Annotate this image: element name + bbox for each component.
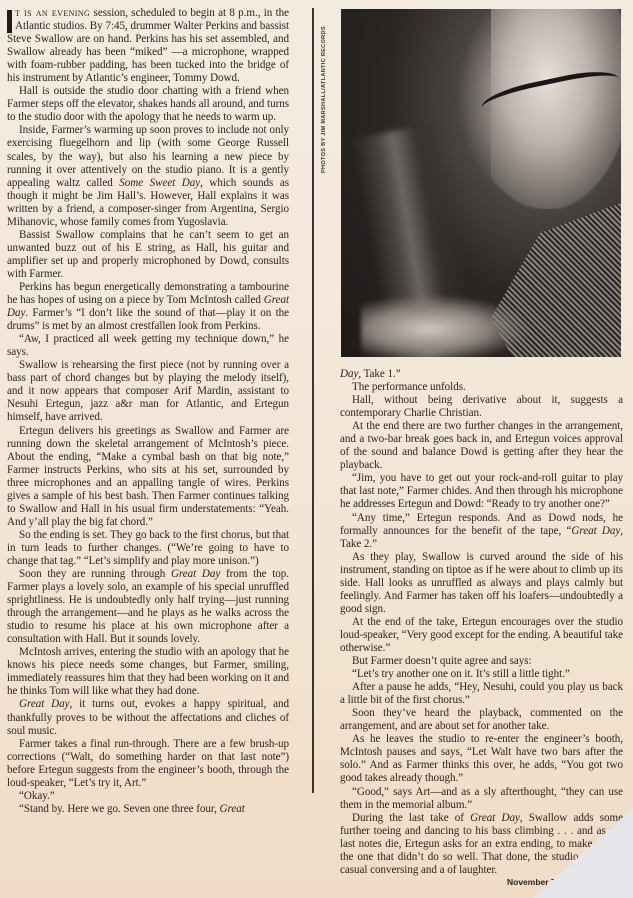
paragraph: At the end there are two further changes… [340,420,623,472]
opening-smallcaps: t is an evening [15,7,90,19]
song-title: Great Day [19,698,69,710]
paragraph: Ertegun delivers his greetings as Swallo… [7,425,289,529]
song-title: Great Day [571,525,620,537]
paragraph: “Let’s try another one on it. It’s still… [340,668,623,681]
paragraph: The performance unfolds. [340,381,623,394]
paragraph: As they play, Swallow is curved around t… [340,551,623,616]
paragraph: Perkins has begun energetically demonstr… [7,281,289,333]
paragraph: Soon they’ve heard the playback, comment… [340,707,623,733]
paragraph: “Okay.” [7,790,289,803]
paragraph: “Any time,” Ertegun responds. And as Dow… [340,512,623,551]
paragraph: Hall, without being derivative about it,… [340,394,623,420]
paragraph: Inside, Farmer’s warming up soon proves … [7,124,289,228]
paragraph: Swallow is rehearsing the first piece (n… [7,359,289,424]
photo-credit: PHOTOS BY JIM MARSHALL/ATLANTIC RECORDS [321,12,333,187]
song-title: Some Sweet Day [119,177,200,189]
song-title: Day [340,368,358,380]
torn-page-corner [533,808,633,898]
paragraph: “Jim, you have to get out your rock-and-… [340,472,623,511]
paragraph: McIntosh arrives, entering the studio wi… [7,646,289,698]
paragraph: Farmer takes a final run-through. There … [7,738,289,790]
hand [361,294,531,357]
paragraph: Day, Take 1.” [340,368,623,381]
paragraph: Great Day, it turns out, evokes a happy … [7,698,289,737]
paragraph: “Stand by. Here we go. Seven one three f… [7,803,289,816]
column-divider [312,8,314,793]
paragraph: At the end of the take, Ertegun encourag… [340,616,623,655]
drop-cap [7,10,12,33]
paragraph: As he leaves the studio to re-enter the … [340,733,623,785]
paragraph: So the ending is set. They go back to th… [7,529,289,568]
paragraph: “Aw, I practiced all week getting my tec… [7,333,289,359]
paragraph: But Farmer doesn’t quite agree and says: [340,655,623,668]
paragraph: Bassist Swallow complains that he can’t … [7,229,289,281]
paragraph: t is an evening session, scheduled to be… [7,7,289,85]
paragraph: Hall is outside the studio door chatting… [7,85,289,124]
article-column-left: t is an evening session, scheduled to be… [7,7,289,816]
paragraph: After a pause he adds, “Hey, Nesuhi, cou… [340,681,623,707]
song-title: Great [220,803,245,815]
paragraph: Soon they are running through Great Day … [7,568,289,646]
song-title: Great Day [470,812,520,824]
musician-photo [341,9,621,357]
song-title: Great Day [171,568,220,580]
article-column-right: Day, Take 1.” The performance unfolds. H… [340,368,623,877]
